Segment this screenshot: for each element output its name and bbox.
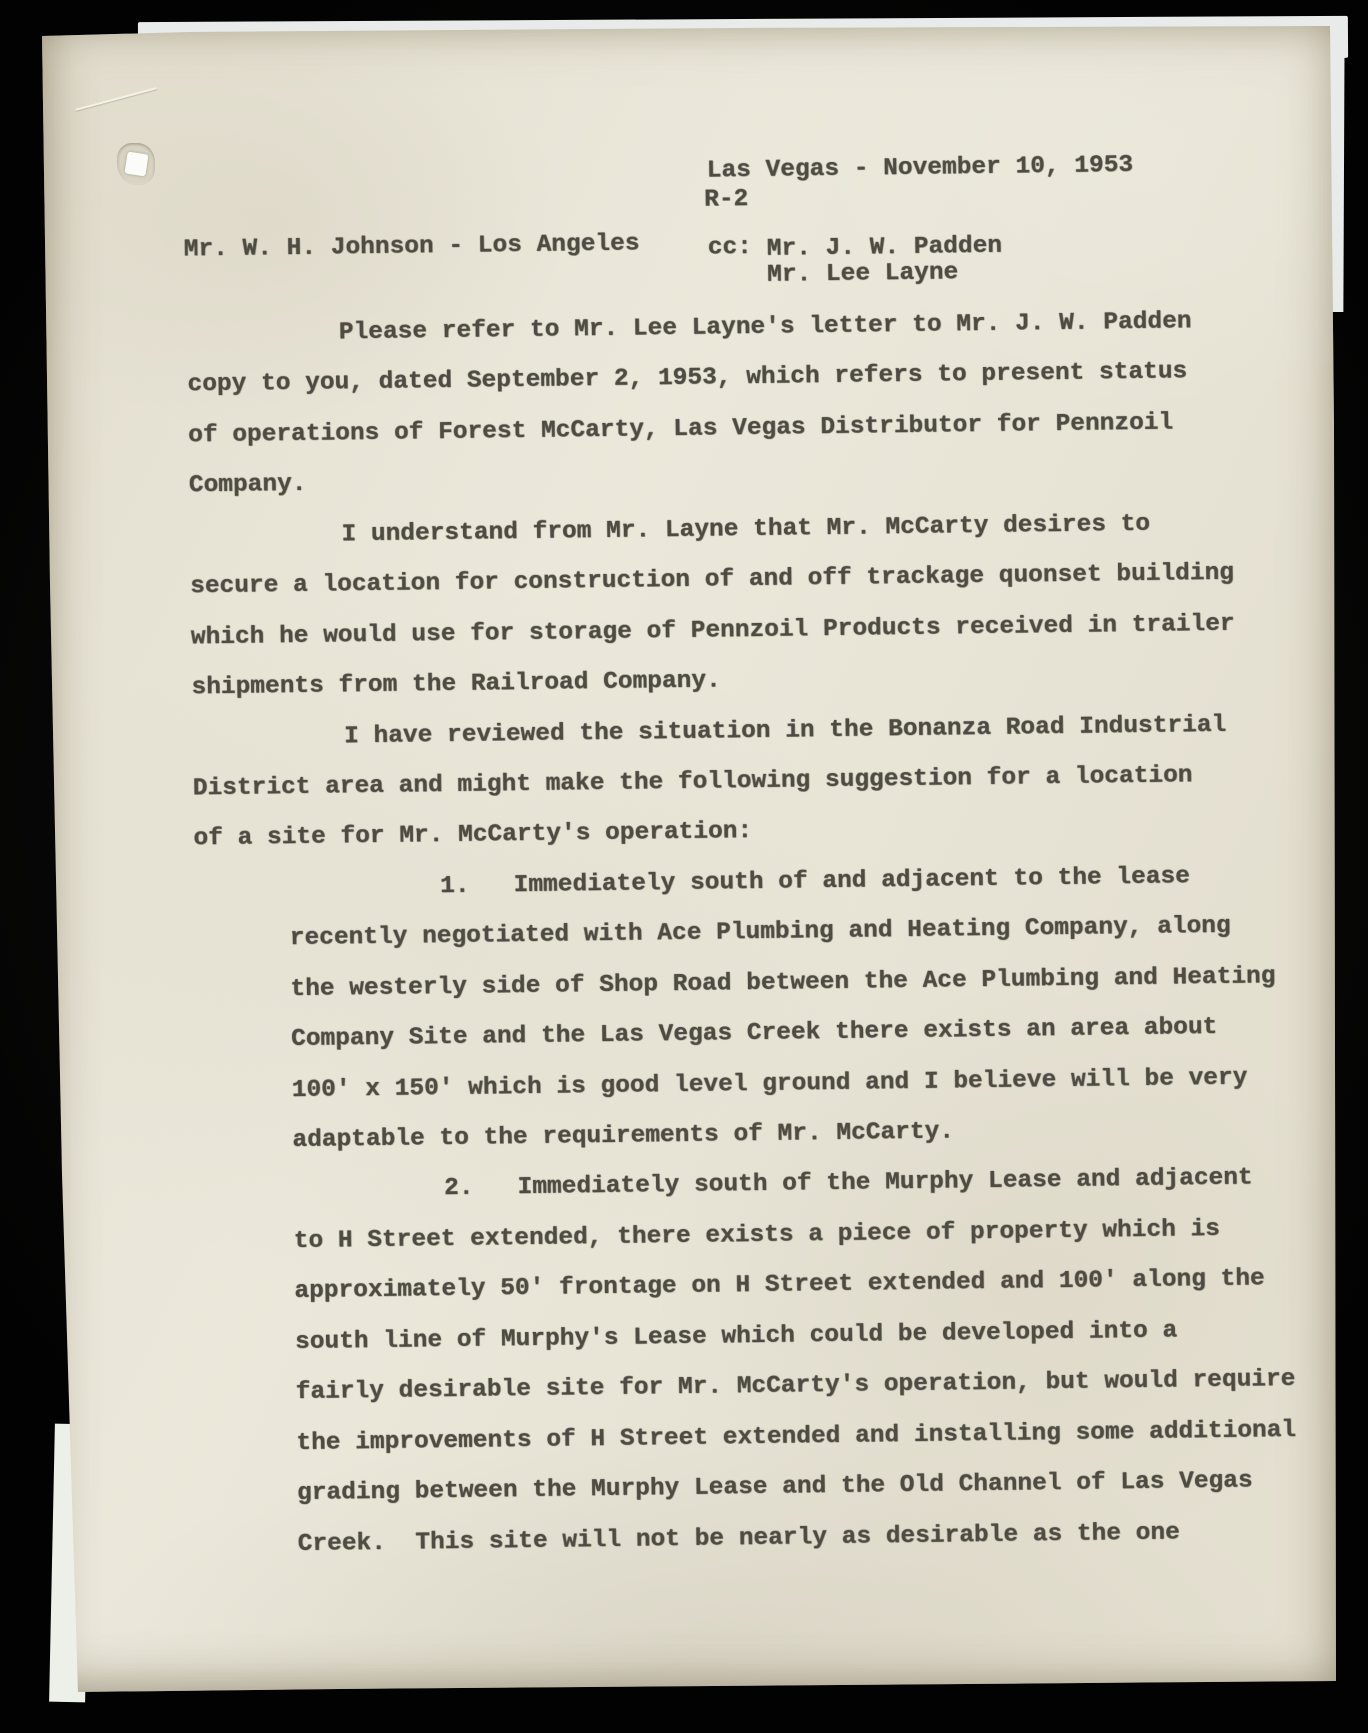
scan-background: Las Vegas - November 10, 1953 R-2 Mr. W.…: [0, 0, 1368, 1733]
dateline: Las Vegas - November 10, 1953: [707, 151, 1134, 187]
addressee: Mr. W. H. Johnson - Los Angeles: [184, 230, 640, 266]
reference-number: R-2: [704, 185, 748, 216]
cc-label: cc:: [708, 233, 752, 264]
letter-text: Las Vegas - November 10, 1953 R-2 Mr. W.…: [31, 10, 1351, 1697]
cc-name: Mr. Lee Layne: [767, 258, 959, 290]
letter-page: Las Vegas - November 10, 1953 R-2 Mr. W.…: [40, 24, 1338, 1694]
letter-body: Please refer to Mr. Lee Layne's letter t…: [187, 296, 1298, 1571]
